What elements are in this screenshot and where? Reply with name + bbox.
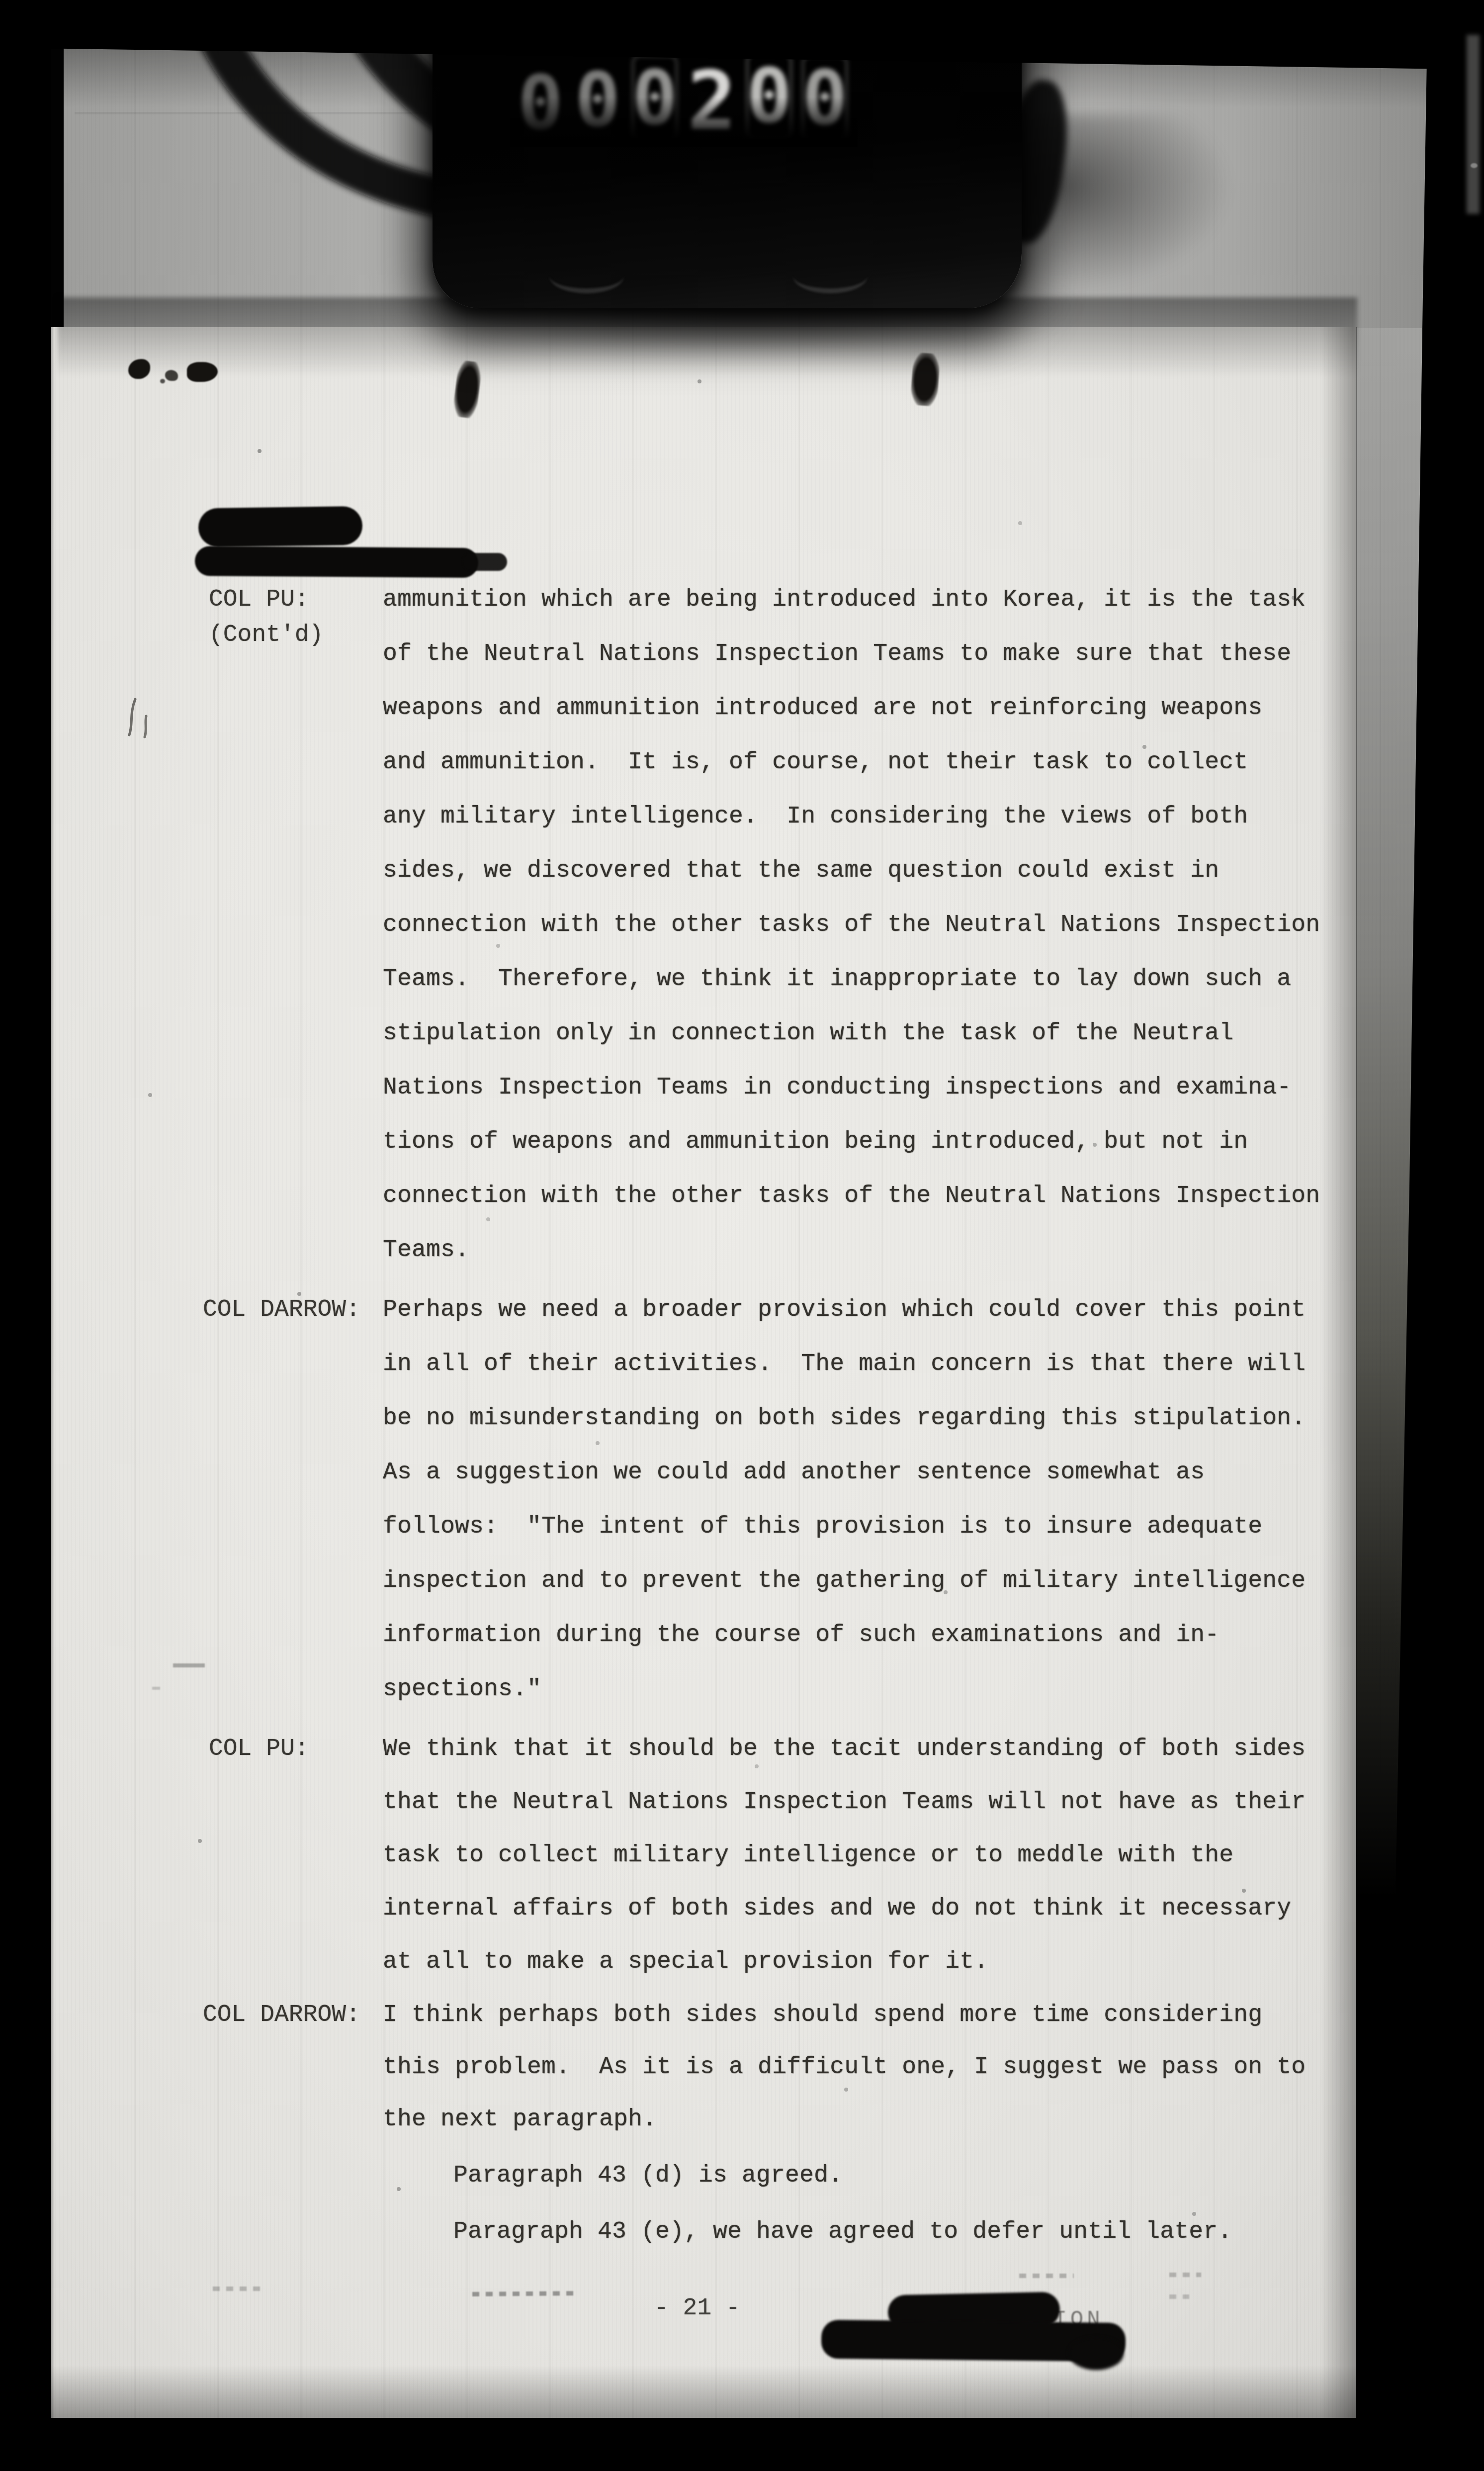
- transcript-line: connection with the other tasks of the N…: [383, 910, 1320, 940]
- transcript-line: follows: "The intent of this provision i…: [383, 1511, 1262, 1542]
- speaker-label: COL PU:: [209, 1734, 309, 1764]
- transcript-line: internal affairs of both sides and we do…: [383, 1893, 1291, 1924]
- transcript-line: at all to make a special provision for i…: [383, 1946, 988, 1977]
- margin-dash: [173, 1663, 205, 1667]
- speaker-label: COL DARROW:: [203, 1294, 360, 1325]
- transcript-line: stipulation only in connection with the …: [383, 1018, 1233, 1049]
- page-number: - 21 -: [654, 2293, 740, 2323]
- transcript-line: Nations Inspection Teams in conducting i…: [383, 1072, 1291, 1103]
- footer-smudge: [472, 2291, 579, 2296]
- transcript-line: sides, we discovered that the same quest…: [383, 855, 1219, 886]
- redaction-bar-top-2: [195, 546, 478, 578]
- transcript-line: I think perhaps both sides should spend …: [383, 2000, 1262, 2030]
- transcript-line: inspection and to prevent the gathering …: [383, 1565, 1306, 1596]
- transcript-line: ammunition which are being introduced in…: [383, 584, 1306, 615]
- transcript-line: the next paragraph.: [383, 2104, 657, 2135]
- transcript-line-indented: Paragraph 43 (e), we have agreed to defe…: [453, 2216, 1232, 2247]
- footer-smudge: [213, 2287, 260, 2291]
- transcript-line: and ammunition. It is, of course, not th…: [383, 747, 1248, 778]
- transcript-line: Teams.: [383, 1235, 469, 1266]
- page-bottom-edge-shadow: [51, 2365, 1356, 2418]
- footer-smudge: [1169, 2294, 1189, 2299]
- stamp-redaction-droop: [1069, 2337, 1124, 2370]
- transcript-line: information during the course of such ex…: [383, 1620, 1219, 1650]
- margin-tick: [152, 1687, 160, 1690]
- transcript-line: tions of weapons and ammunition being in…: [383, 1126, 1248, 1157]
- device-foot-glint: [793, 259, 868, 293]
- transcript-line: any military intelligence. In considerin…: [383, 801, 1248, 832]
- transcript-line: Perhaps we need a broader provision whic…: [383, 1294, 1306, 1325]
- transcript-line: As a suggestion we could add another sen…: [383, 1457, 1205, 1488]
- footer-smudge: [1169, 2273, 1201, 2277]
- redaction-bar-top-2-tail: [462, 553, 507, 571]
- device-foot-glint: [549, 259, 624, 293]
- transcript-line: We think that it should be the tacit und…: [383, 1734, 1306, 1764]
- footer-smudge: [1019, 2274, 1074, 2278]
- speaker-label: COL DARROW:: [203, 2000, 360, 2030]
- transcript-line: this problem. As it is a difficult one, …: [383, 2052, 1306, 2083]
- ink-speck: [160, 379, 165, 383]
- film-frame-left: [0, 0, 51, 2471]
- transcript-line: connection with the other tasks of the N…: [383, 1181, 1320, 1211]
- transcript-line: spections.": [383, 1674, 541, 1705]
- transcript-line: be no misunderstanding on both sides reg…: [383, 1403, 1306, 1434]
- handwritten-mark: [118, 695, 158, 745]
- speaker-label-contd: (Cont'd): [209, 620, 323, 650]
- page-right-edge-shadow: [1320, 327, 1357, 2418]
- microfilm-scan: COL PU: (Cont'd) COL DARROW: COL PU: COL…: [0, 0, 1484, 2471]
- counter-digit-shadow: [510, 97, 858, 147]
- film-edge-artifact: [1467, 35, 1480, 214]
- transcript-line: Teams. Therefore, we think it inappropri…: [383, 964, 1291, 995]
- transcript-line: weapons and ammunition introduced are no…: [383, 693, 1262, 724]
- transcript-line: of the Neutral Nations Inspection Teams …: [383, 639, 1291, 669]
- speaker-label: COL PU:: [209, 584, 309, 615]
- transcript-line-indented: Paragraph 43 (d) is agreed.: [453, 2160, 843, 2191]
- transcript-line: task to collect military intelligence or…: [383, 1840, 1233, 1871]
- film-edge-speck: [1471, 163, 1478, 168]
- page-left-edge: [51, 327, 55, 2418]
- film-frame-bottom: [0, 2418, 1484, 2471]
- transcript-line: that the Neutral Nations Inspection Team…: [383, 1787, 1306, 1818]
- redaction-bar-top-1: [198, 506, 362, 548]
- transcript-line: in all of their activities. The main con…: [383, 1349, 1306, 1379]
